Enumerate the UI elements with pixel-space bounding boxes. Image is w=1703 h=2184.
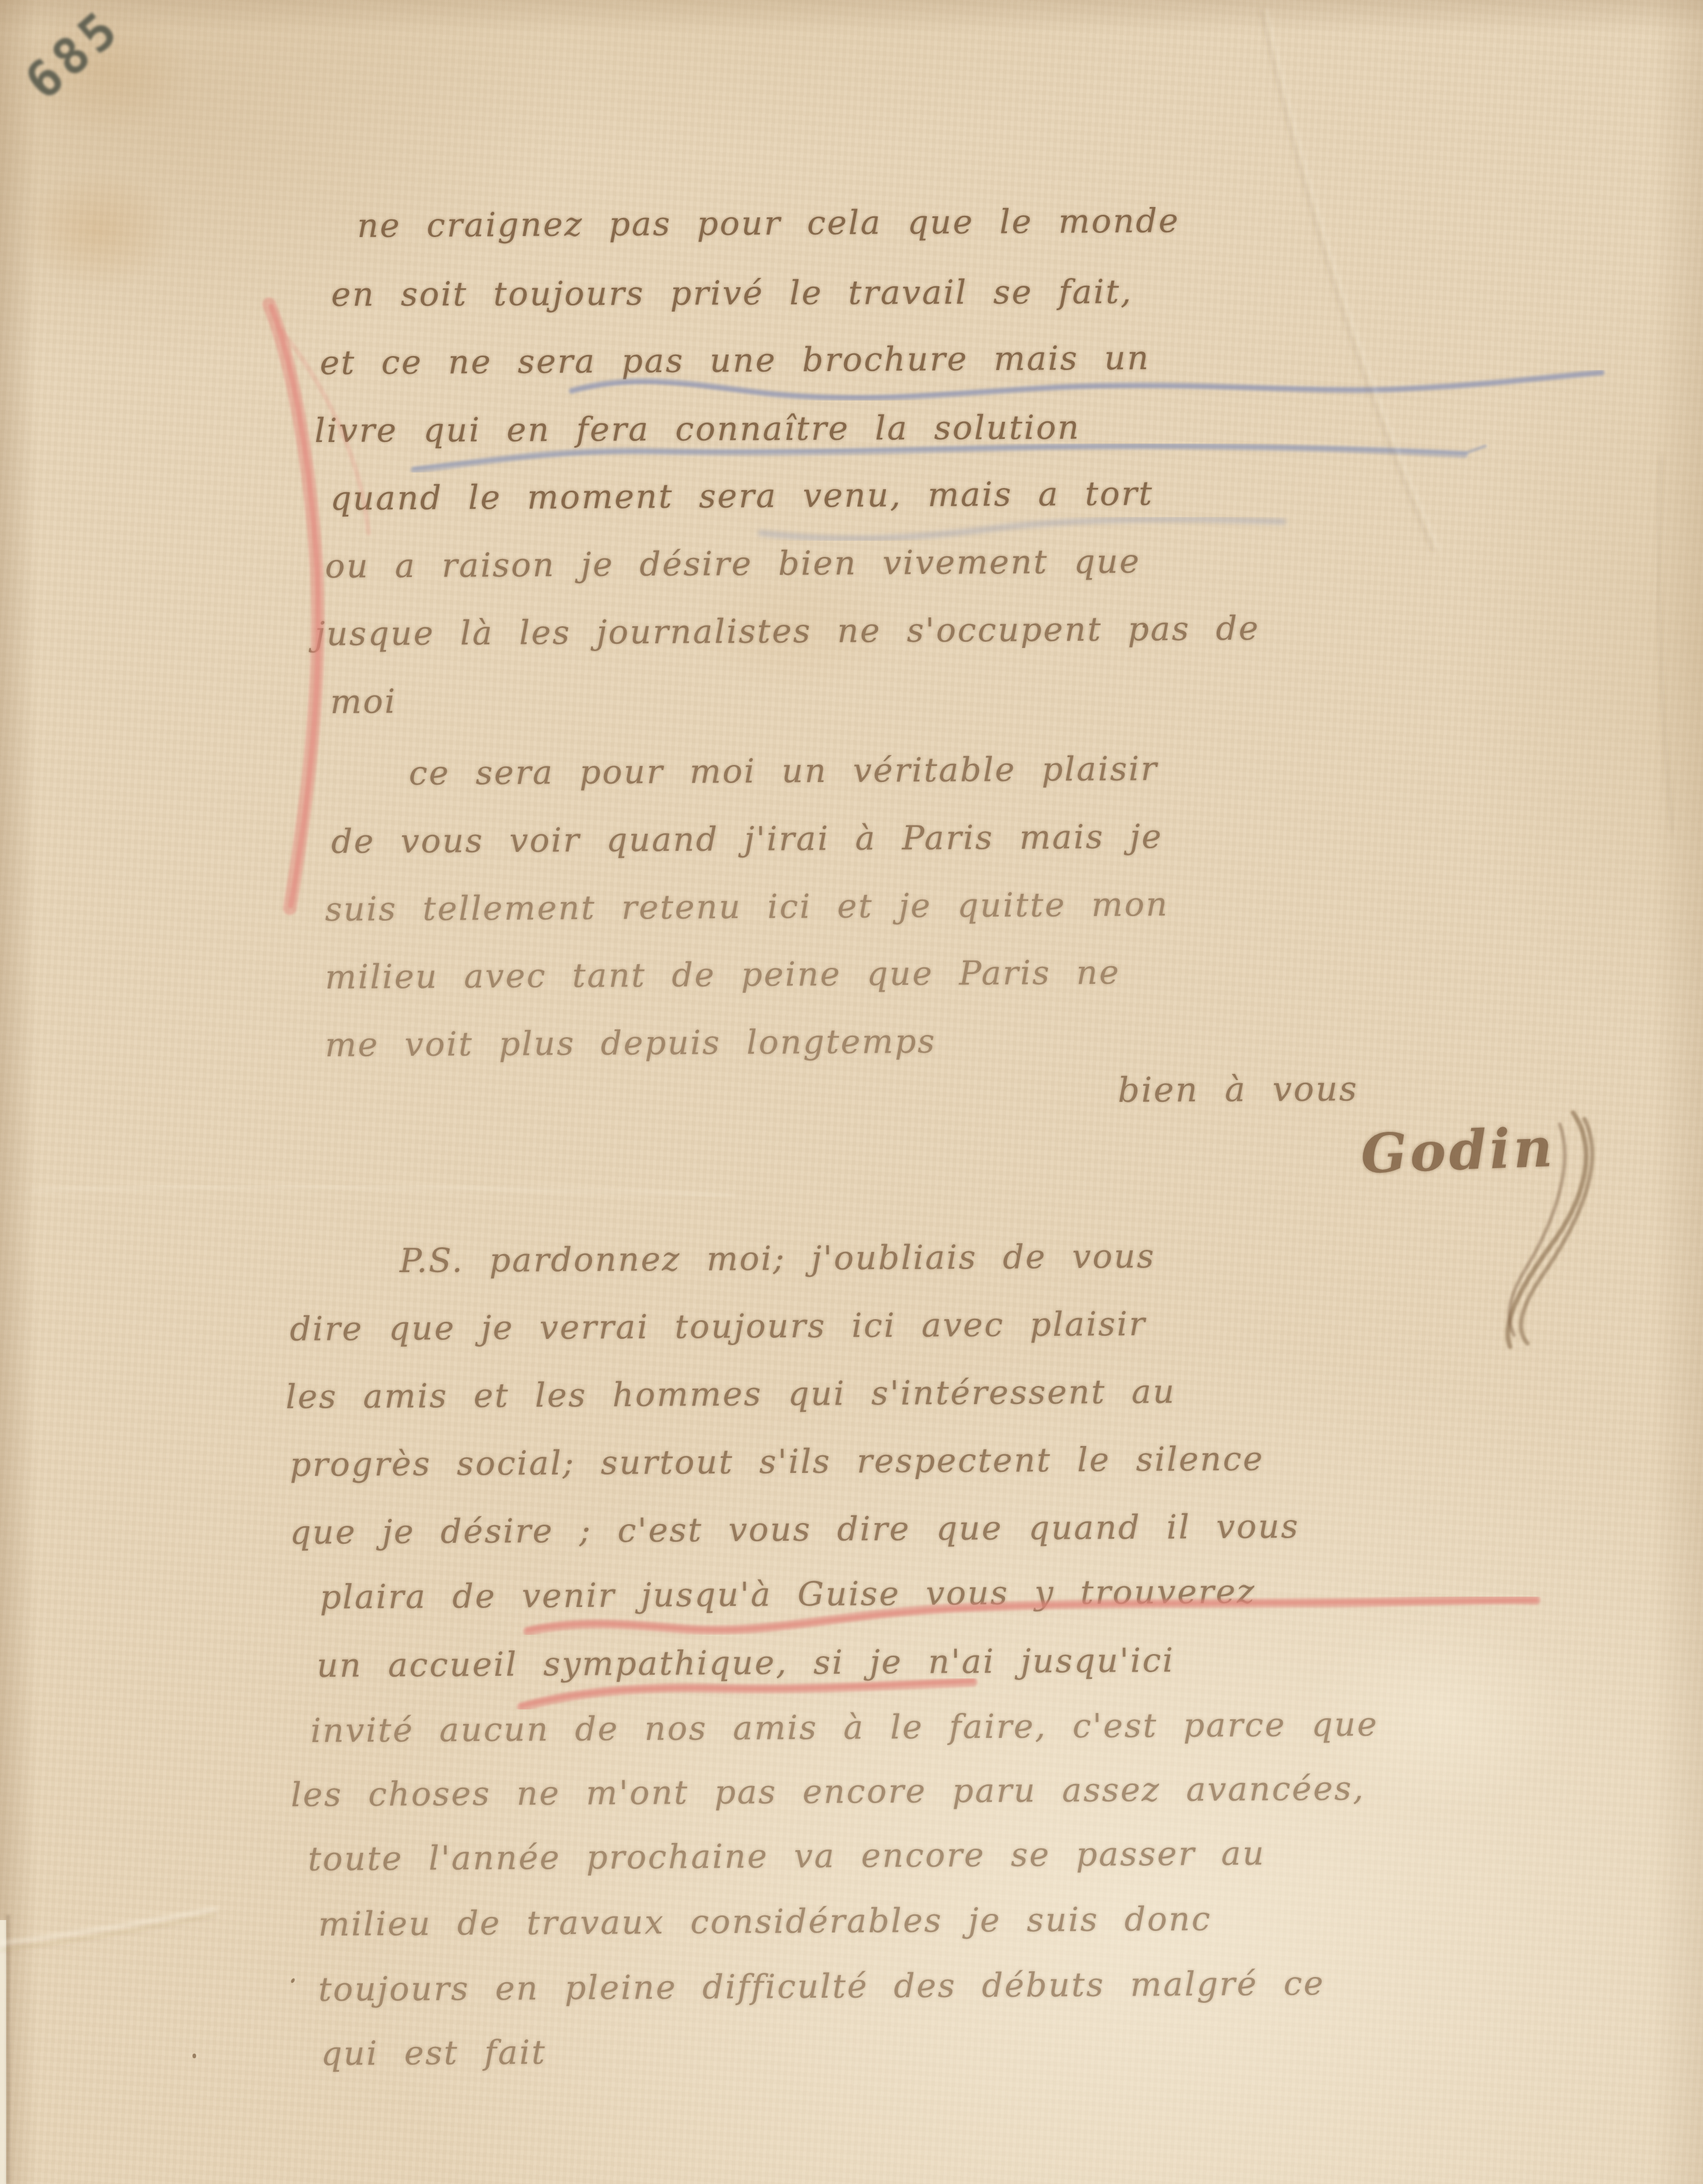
paper-edge-shadow [6,1915,10,2184]
letter-line: un accueil sympathique, si je n'ai jusqu… [317,1642,1175,1685]
scan-edge [0,1920,6,2184]
letter-line: toute l'année prochaine va encore se pas… [308,1835,1266,1879]
paper-speck [290,1978,295,1984]
letter-line: qui est fait [321,2033,546,2073]
letter-line: livre qui en fera connaître la solution [315,409,1080,450]
paper-speck [192,2054,196,2058]
letter-line: dire que je verrai toujours ici avec pla… [290,1305,1147,1349]
red-underline-2 [522,1681,973,1707]
letter-line: jusque là les journalistes ne s'occupent… [315,610,1260,654]
letter-line: ce sera pour moi un véritable plaisir [409,750,1158,793]
letter-line: les choses ne m'ont pas encore paru asse… [291,1769,1365,1814]
blue-underline-3 [761,519,1283,538]
letter-closing: bien à vous [1118,1069,1358,1110]
letter-line: milieu de travaux considérables je suis … [318,1900,1212,1944]
letter-line: me voit plus depuis longtemps [325,1023,936,1065]
letter-line: ou a raison je désire bien vivement que [325,542,1141,586]
letter-line: toujours en pleine difficulté des débuts… [318,1965,1325,2009]
letter-line: et ce ne sera pas une brochure mais un [320,339,1150,382]
blue-underline-2 [414,446,1485,470]
letter-line: moi [330,683,397,721]
letter-line: plaira de venir jusqu'à Guise vous y tro… [320,1573,1256,1617]
paper-stain [21,171,176,290]
letter-line: ne craignez pas pour cela que le monde [357,202,1180,245]
letter-line: milieu avec tant de peine que Paris ne [325,954,1121,997]
letter-page: 685 ne craignez pas pour cela que le mon… [0,0,1703,2184]
letter-line: suis tellement retenu ici et je quitte m… [325,886,1169,929]
red-margin-mark [269,304,368,908]
letter-line: les amis et les hommes qui s'intéressent… [286,1373,1176,1416]
letter-line: invité aucun de nos amis à le faire, c'e… [310,1705,1379,1750]
signature: Godin [1360,1115,1557,1186]
archive-number-stamp: 685 [14,0,132,111]
letter-line: en soit toujours privé le travail se fai… [331,273,1133,314]
letter-line: de vous voir quand j'irai à Paris mais j… [331,818,1163,861]
letter-line: que je désire ; c'est vous dire que quan… [290,1508,1300,1552]
letter-line: quand le moment sera venu, mais a tort [330,475,1154,518]
letter-line: P.S. pardonnez moi; j'oubliais de vous [399,1237,1156,1280]
letter-line: progrès social; surtout s'ils respectent… [290,1440,1264,1484]
